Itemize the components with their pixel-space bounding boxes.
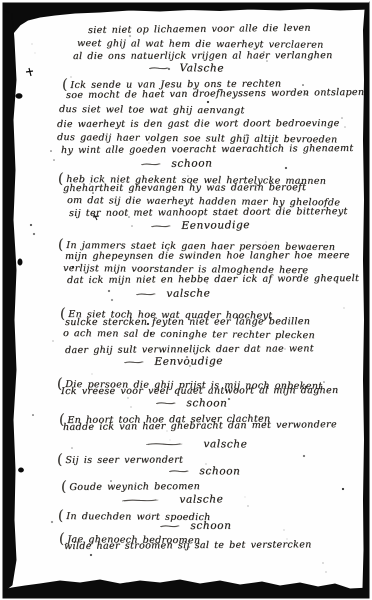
manuscript-text-line: die waerheyt is den gast die wort doort … — [57, 118, 340, 130]
speaker-heading: schoon — [155, 157, 213, 170]
speaker-heading: schoon — [183, 465, 241, 478]
speaker-heading: Eenvoudige — [165, 219, 250, 232]
manuscript-text-line: wilde haer stroomen sij sal te bet verst… — [64, 539, 312, 552]
manuscript-text-line: al die ons natuerlijck vrijgen al haer v… — [73, 50, 333, 62]
speaker-heading: valsche — [150, 287, 211, 300]
manuscript-text: siet niet op lichaemen voor alle die lev… — [0, 0, 372, 600]
manuscript-text-line: Sij is seer verwondert — [57, 451, 183, 467]
manuscript-text-line: dat ick mijn niet en hebbe daer ick af w… — [67, 273, 359, 286]
speaker-heading: valsche — [180, 438, 247, 450]
speaker-heading: schoon — [170, 397, 228, 410]
manuscript-text-line: ghehartheit ghevangen hy was daerin bero… — [63, 182, 306, 194]
speaker-heading: Eenvoudige — [138, 355, 223, 368]
manuscript-text-line: soe mocht de haet van droefheyssens word… — [66, 87, 364, 101]
manuscript-text-line: hy wint alle goeden voeracht waerachtich… — [61, 143, 354, 156]
manuscript-text-line: sij ter noot met wanhoopt staet doort di… — [69, 206, 348, 219]
manuscript-text-line: hadde ick van haer ghebracht dan met ver… — [63, 419, 337, 433]
manuscript-text-line: Ick vreese voor veel quaet antwoort al m… — [61, 385, 339, 397]
manuscript-text-line: Goude weynich becomen — [61, 477, 200, 494]
manuscript-text-line: o ach men sal de coninghe ter rechter pl… — [63, 328, 315, 341]
manuscript-text-line: dus siet wel toe wat ghij aenvangt — [59, 104, 245, 116]
manuscript-text-line: sulcke stercken feyten niet eer lange be… — [65, 316, 310, 328]
manuscript-text-line: siet niet op lichaemen voor alle die lev… — [88, 23, 311, 36]
manuscript-text-line: weet ghij al wat hem die waerheyt vercla… — [77, 38, 324, 51]
manuscript-page: siet niet op lichaemen voor alle die lev… — [0, 0, 372, 600]
manuscript-text-line: mijn ghepeynsen die swinden hoe langher … — [65, 250, 350, 262]
manuscript-text-line: daer ghij sult verwinnelijck daer dat na… — [65, 343, 314, 356]
speaker-heading: Valsche — [163, 62, 224, 75]
speaker-heading: valsche — [156, 493, 224, 506]
